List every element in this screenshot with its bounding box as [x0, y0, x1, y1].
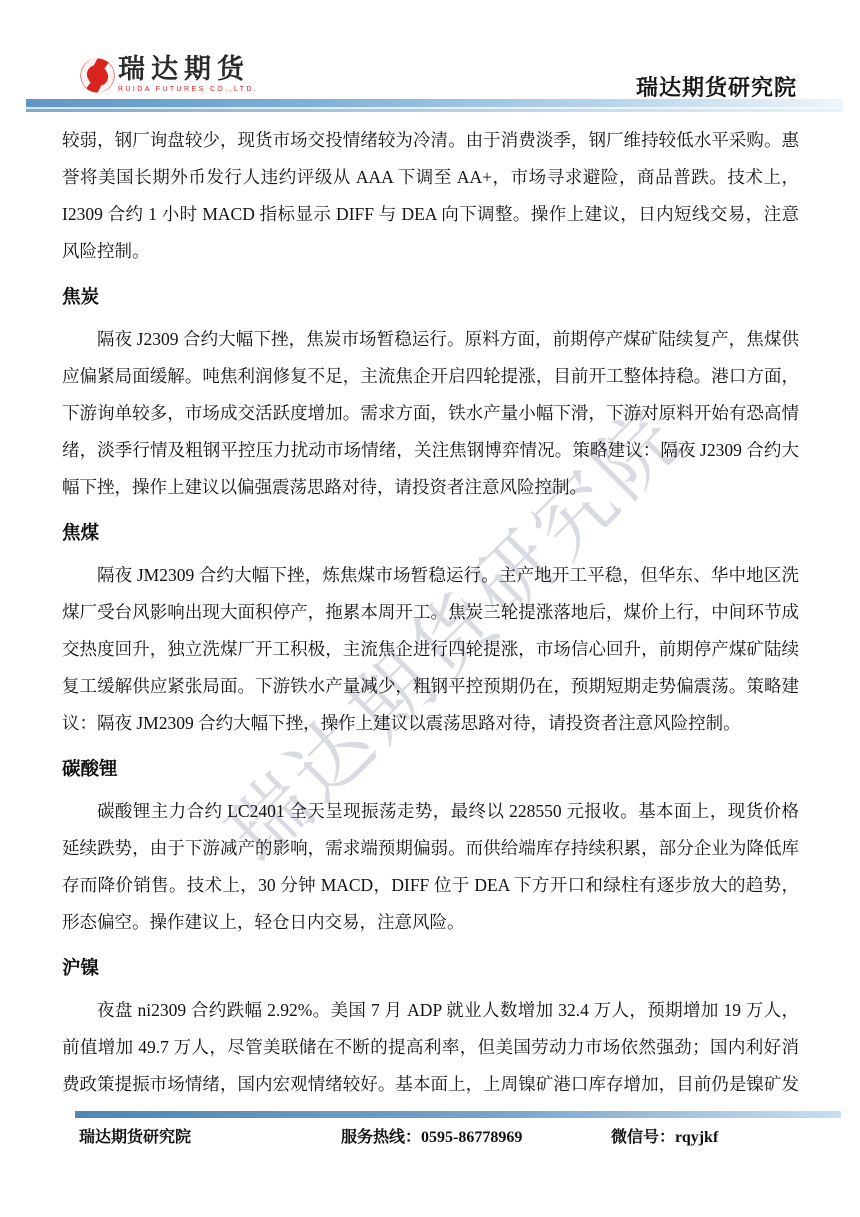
brand-block: 瑞达期货 RUIDA FUTURES CO.,LTD.: [118, 53, 298, 93]
brand-name-en: RUIDA FUTURES CO.,LTD.: [118, 86, 298, 93]
section-heading-lithium-carbonate: 碳酸锂: [62, 756, 799, 784]
section-heading-coke: 焦炭: [62, 284, 799, 312]
document-page: 瑞达期货 RUIDA FUTURES CO.,LTD. 瑞达期货研究院 瑞达期货…: [0, 0, 860, 1217]
ruida-logo-icon: [79, 57, 116, 94]
footer-hotline: 服务热线：0595-86778969: [341, 1124, 522, 1147]
report-body: 较弱，钢厂询盘较少，现货市场交投情绪较为冷清。由于消费淡季，钢厂维持较低水平采购…: [62, 122, 799, 1109]
header-divider-bar: [26, 99, 843, 112]
header-bar-strip-top: [26, 99, 843, 107]
footer-wechat-id: 微信号：rqyjkf: [611, 1124, 718, 1147]
intro-paragraph: 较弱，钢厂询盘较少，现货市场交投情绪较为冷清。由于消费淡季，钢厂维持较低水平采购…: [62, 122, 799, 270]
section-body-coking-coal: 隔夜 JM2309 合约大幅下挫，炼焦煤市场暂稳运行。主产地开工平稳，但华东、华…: [62, 557, 799, 742]
header-institute-title: 瑞达期货研究院: [636, 71, 797, 102]
footer: 瑞达期货研究院 服务热线：0595-86778969 微信号：rqyjkf: [0, 1124, 860, 1148]
section-body-coke: 隔夜 J2309 合约大幅下挫，焦炭市场暂稳运行。原料方面，前期停产煤矿陆续复产…: [62, 321, 799, 506]
section-body-shanghai-nickel: 夜盘 ni2309 合约跌幅 2.92%。美国 7 月 ADP 就业人数增加 3…: [62, 992, 799, 1109]
footer-org-name: 瑞达期货研究院: [79, 1124, 191, 1147]
section-body-lithium-carbonate: 碳酸锂主力合约 LC2401 全天呈现振荡走势，最终以 228550 元报收。基…: [62, 793, 799, 941]
brand-name-cn: 瑞达期货: [118, 53, 298, 85]
section-heading-coking-coal: 焦煤: [62, 520, 799, 548]
footer-divider-bar: [75, 1111, 841, 1118]
header-bar-strip-bottom: [26, 109, 843, 112]
section-heading-shanghai-nickel: 沪镍: [62, 955, 799, 983]
